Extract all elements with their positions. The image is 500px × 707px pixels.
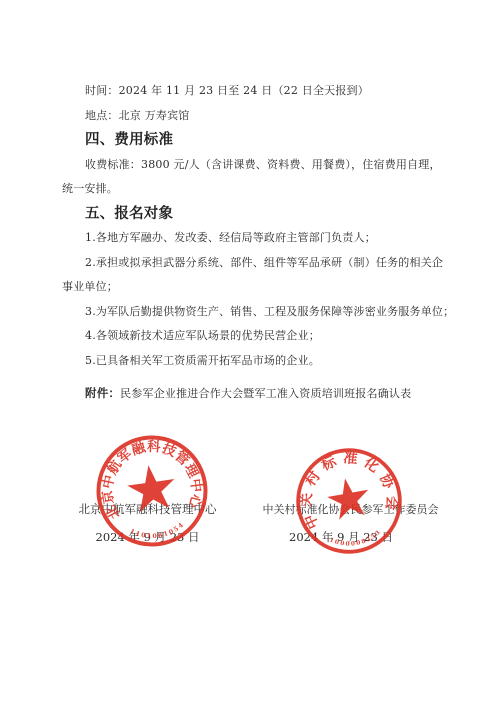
line-target-5: 5.已具备相关军工资质需开拓军品市场的企业。 <box>62 349 444 374</box>
line-location: 地点：北京 万寿宾馆 <box>62 104 444 129</box>
heading-fee-standard: 四、费用标准 <box>62 128 444 153</box>
line-fee: 收费标准：3800 元/人（含讲课费、资料费、用餐费），住宿费用自理， <box>62 153 444 178</box>
seal-code-left: 1101081054 <box>128 520 187 543</box>
document-text-block: 时间：2024 年 11 月 23 日至 24 日（22 日全天报到） 地点：北… <box>62 79 444 407</box>
red-star-icon <box>125 462 178 513</box>
svg-text:1101081054: 1101081054 <box>128 520 187 543</box>
line-target-1: 1.各地方军融办、发改委、经信局等政府主管部门负责人； <box>62 226 444 251</box>
attachment-label: 附件： <box>85 386 120 400</box>
document-page: 时间：2024 年 11 月 23 日至 24 日（22 日全天报到） 地点：北… <box>0 0 500 707</box>
line-fee-continued: 统一安排。 <box>62 177 444 202</box>
heading-registration-targets: 五、报名对象 <box>62 202 444 227</box>
official-seal-left: 北京中航军融科技管理中心 1101081054 <box>84 423 220 559</box>
line-target-2-continued: 事业单位； <box>62 275 444 300</box>
attachment-text: 民参军企业推进合作大会暨军工准入资质培训班报名确认表 <box>120 387 411 400</box>
line-target-2: 2.承担或拟承担武器分系统、部件、组件等军品承研（制）任务的相关企 <box>62 251 444 276</box>
official-seal-right: 中关村标准化协会 1000008253 <box>283 435 415 567</box>
line-attachment: 附件：民参军企业推进合作大会暨军工准入资质培训班报名确认表 <box>62 381 444 407</box>
line-target-4: 4.各领域新技术适应军队场景的优势民营企业； <box>62 324 444 349</box>
line-time: 时间：2024 年 11 月 23 日至 24 日（22 日全天报到） <box>62 79 444 104</box>
line-target-3: 3.为军队后勤提供物资生产、销售、工程及服务保障等涉密业务服务单位； <box>62 300 444 325</box>
red-star-icon <box>325 475 373 521</box>
